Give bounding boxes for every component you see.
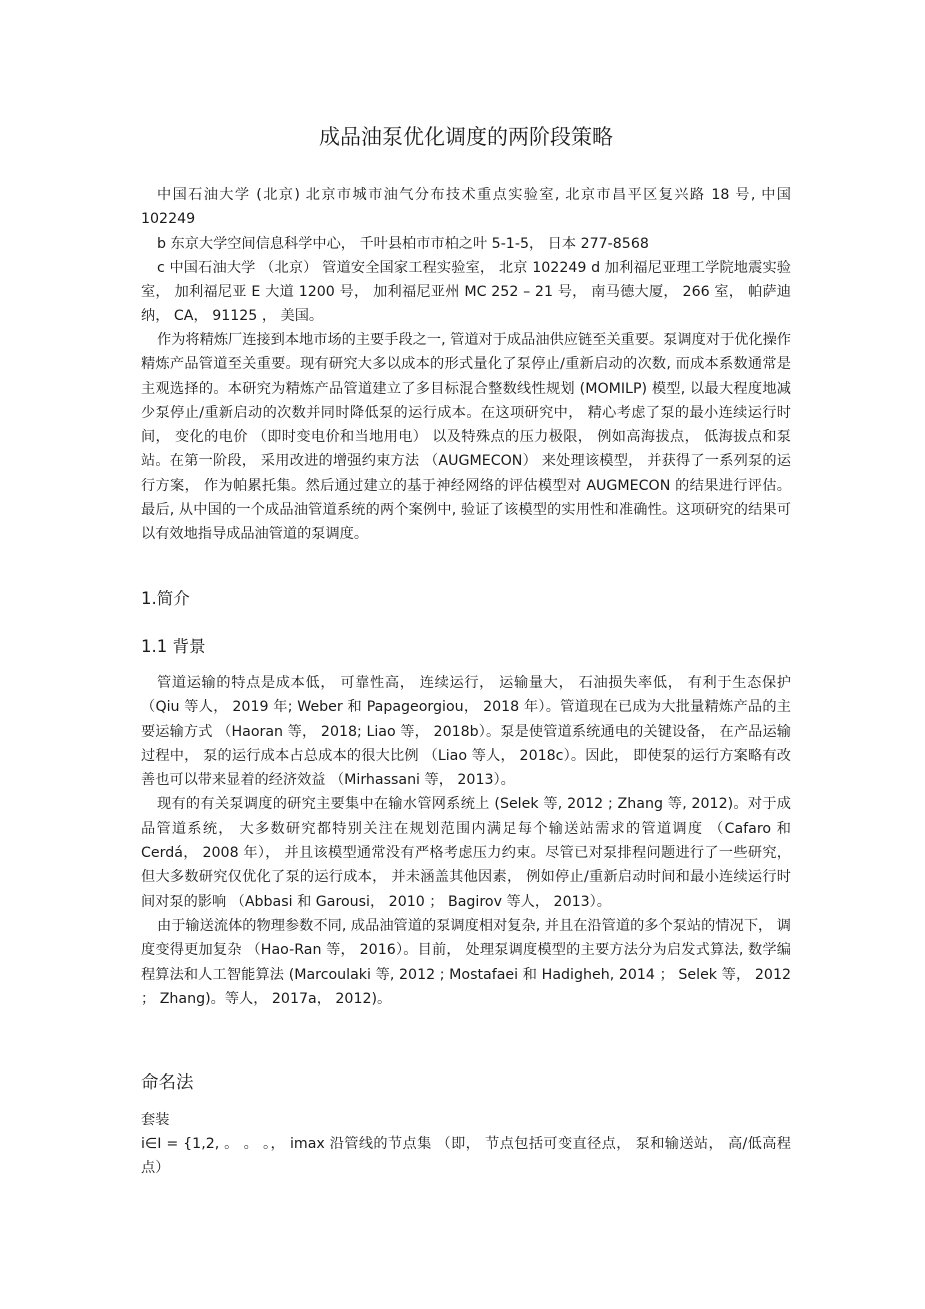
sets-list: i∈I = {1,2, 。 。 。， imax 沿管线的节点集 （即， 节点包括…	[141, 1132, 791, 1181]
affiliation-c-d: c 中国石油大学 （北京） 管道安全国家工程实验室， 北京 102249 d 加…	[141, 256, 791, 329]
background-paragraph: 现有的有关泵调度的研究主要集中在输水管网系统上 (Selek 等, 2012 ;…	[141, 792, 791, 913]
nomenclature-heading: 命名法	[141, 1070, 194, 1096]
section-heading-introduction: 1.简介	[141, 587, 190, 611]
background-body: 管道运输的特点是成本低， 可靠性高， 连续运行， 运输量大， 石油损失率低， 有…	[141, 671, 791, 1011]
affiliation-b: b 东京大学空间信息科学中心， 千叶县柏市市柏之叶 5-1-5， 日本 277-…	[141, 232, 791, 256]
abstract: 作为将精炼厂连接到本地市场的主要手段之一, 管道对于成品油供应链至关重要。泵调度…	[141, 328, 791, 547]
abstract-text: 作为将精炼厂连接到本地市场的主要手段之一, 管道对于成品油供应链至关重要。泵调度…	[141, 328, 791, 547]
sets-heading: 套装	[141, 1108, 169, 1132]
affiliation-a: 中国石油大学 (北京) 北京市城市油气分布技术重点实验室, 北京市昌平区复兴路 …	[141, 183, 791, 232]
sets-item: i∈I = {1,2, 。 。 。， imax 沿管线的节点集 （即， 节点包括…	[141, 1132, 791, 1181]
section-heading-background: 1.1 背景	[141, 635, 206, 659]
background-paragraph: 由于输送流体的物理参数不同, 成品油管道的泵调度相对复杂, 并且在沿管道的多个泵…	[141, 914, 791, 1011]
document-title: 成品油泵优化调度的两阶段策略	[141, 122, 791, 152]
affiliations: 中国石油大学 (北京) 北京市城市油气分布技术重点实验室, 北京市昌平区复兴路 …	[141, 183, 791, 329]
background-paragraph: 管道运输的特点是成本低， 可靠性高， 连续运行， 运输量大， 石油损失率低， 有…	[141, 671, 791, 792]
